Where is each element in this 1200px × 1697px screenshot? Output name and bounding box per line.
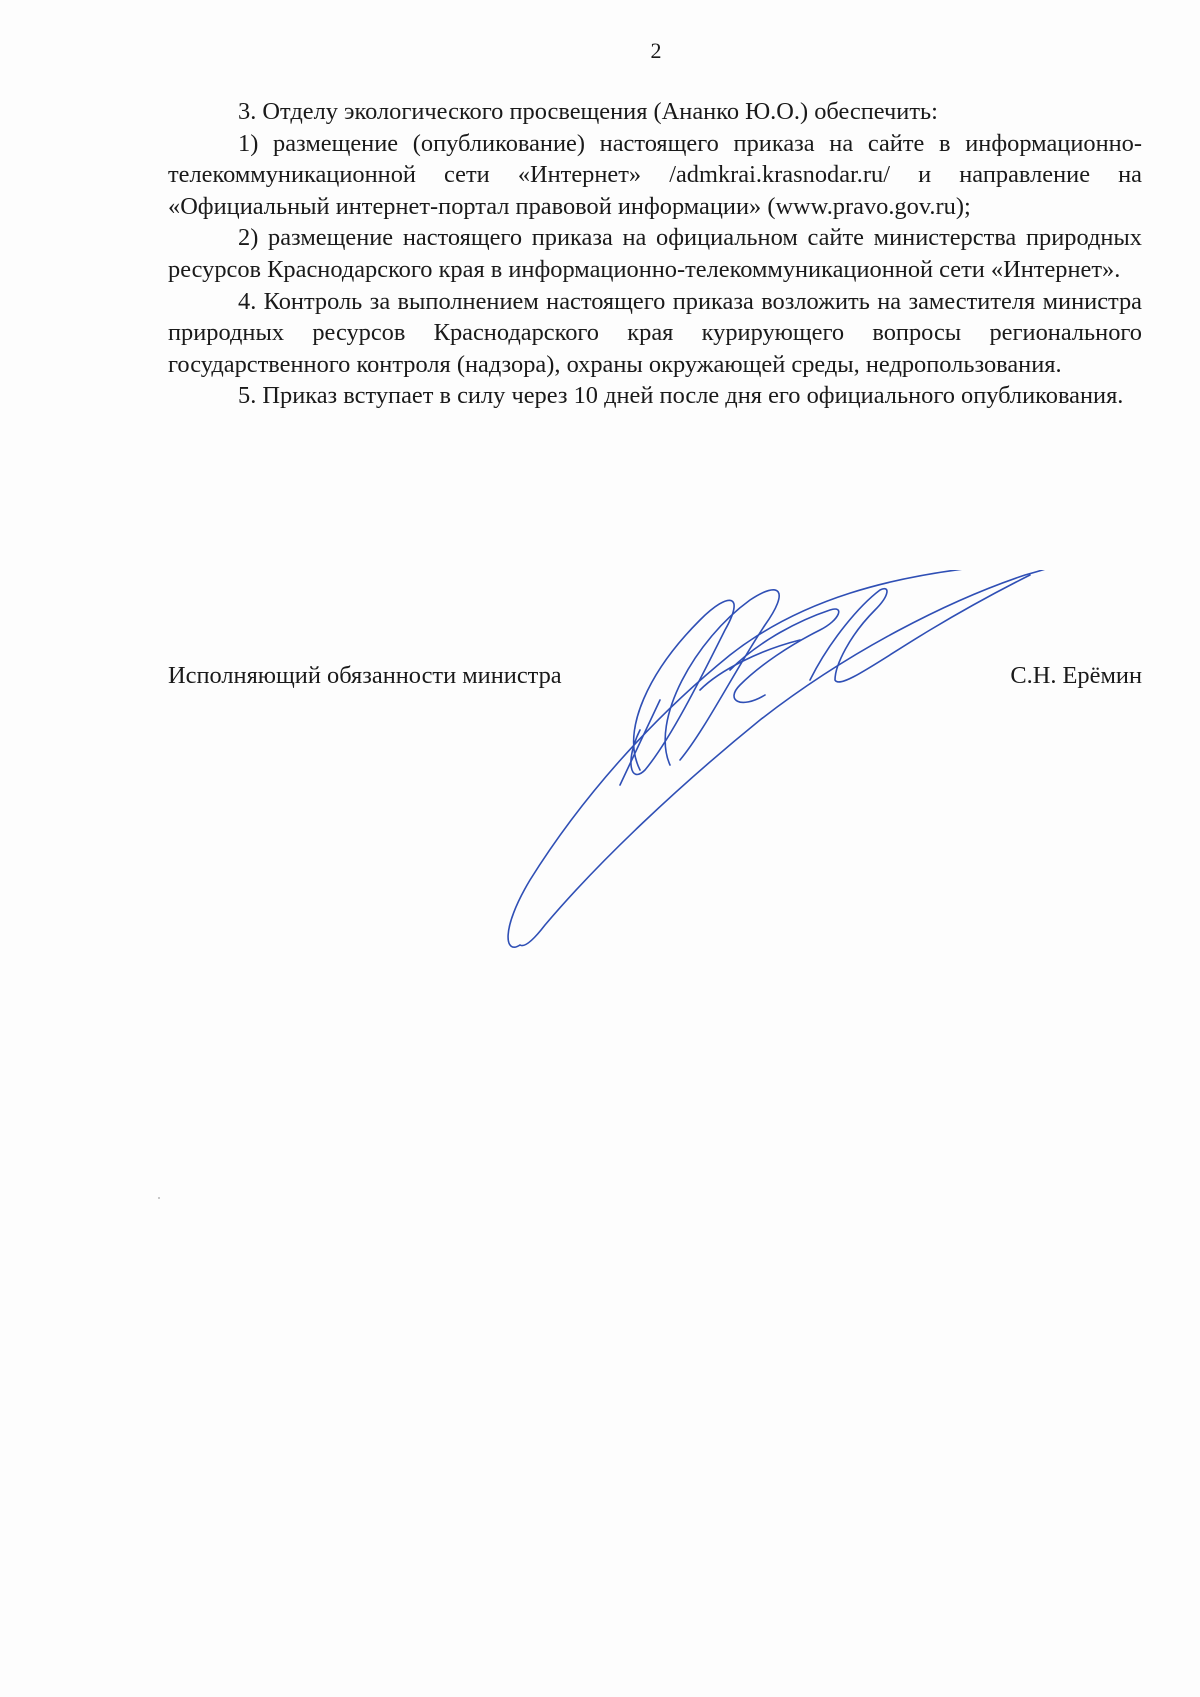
page-number: 2 bbox=[0, 38, 1200, 64]
scan-speck bbox=[158, 1197, 160, 1199]
paragraph-3-1: 1) размещение (опубликование) настоящего… bbox=[168, 128, 1142, 223]
paragraph-5: 5. Приказ вступает в силу через 10 дней … bbox=[168, 380, 1142, 412]
paragraph-3: 3. Отделу экологического просвещения (Ан… bbox=[168, 96, 1142, 128]
paragraph-3-2: 2) размещение настоящего приказа на офиц… bbox=[168, 222, 1142, 285]
paragraph-4: 4. Контроль за выполнением настоящего пр… bbox=[168, 286, 1142, 381]
handwritten-signature-icon bbox=[500, 570, 1140, 960]
document-page: 2 3. Отделу экологического просвещения (… bbox=[0, 0, 1200, 1697]
document-body: 3. Отделу экологического просвещения (Ан… bbox=[168, 96, 1142, 412]
